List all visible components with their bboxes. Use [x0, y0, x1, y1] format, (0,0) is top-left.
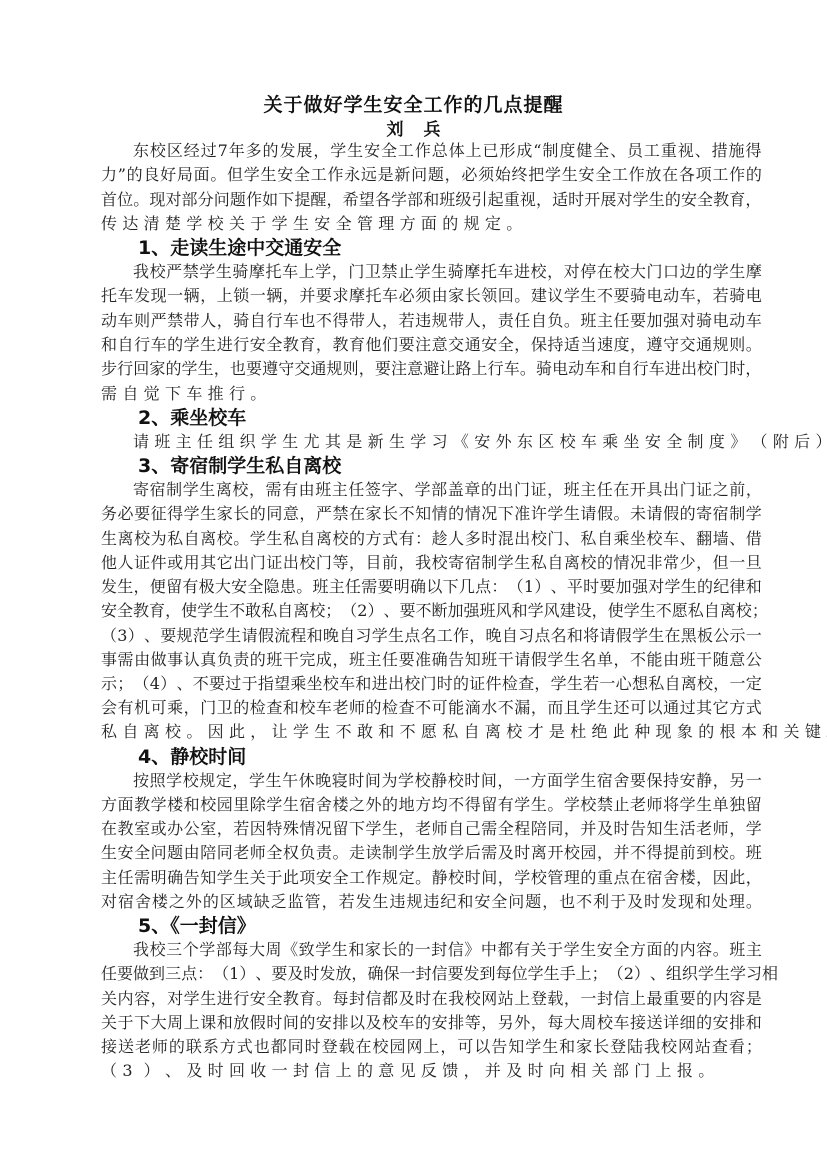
section-1-line: 动车则严禁带人，骑自行车也不得带人，若违规带人，责任自负。班主任要加强对骑电动车	[101, 309, 762, 333]
section-4-line: 方面教学楼和校园里除学生宿舍楼之外的地方均不得留有学生。学校禁止老师将学生单独留	[101, 793, 762, 817]
section-3-line: 安全教育，使学生不敢私自离校；（2）、要不断加强班风和学风建设，使学生不愿私自离…	[101, 599, 762, 623]
section-3-line: 私自离校。因此，让学生不敢和不愿私自离校才是杜绝此种现象的根本和关键。	[101, 720, 762, 744]
section-3-line: 寄宿制学生离校，需有由班主任签字、学部盖章的出门证，班主任在开具出门证之前，	[133, 478, 762, 502]
section-heading-5: 5、《一封信》	[138, 913, 256, 939]
section-4-line: 主任需明确告知学生关于此项安全工作规定。静校时间，学校管理的重点在宿舍楼，因此，	[101, 866, 762, 890]
section-3-line: 会有机可乘，门卫的检查和校车老师的检查不可能滴水不漏，而且学生还可以通过其它方式	[101, 696, 762, 720]
section-heading-3: 3、寄宿制学生私自离校	[138, 453, 341, 479]
section-4-line: 生安全问题由陪同老师全权负责。走读制学生放学后需及时离开校园，并不得提前到校。班	[101, 841, 762, 865]
intro-line: 首位。现对部分问题作如下提醒，希望各学部和班级引起重视，适时开展对学生的安全教育…	[101, 188, 762, 212]
section-5-line: （3）、及时回收一封信上的意见反馈，并及时向相关部门上报。	[101, 1059, 762, 1083]
intro-line: 力”的良好局面。但学生安全工作永远是新问题，必须始终把学生安全工作放在各项工作的	[101, 163, 762, 187]
section-3-line: 事需由做事认真负责的班干完成，班主任要准确告知班干请假学生名单，不能由班干随意公	[101, 648, 762, 672]
section-5-line: 任要做到三点：（1）、要及时发放，确保一封信要发到每位学生手上；（2）、组织学生…	[101, 962, 762, 986]
section-4-line: 按照学校规定，学生午休晚寝时间为学校静校时间，一方面学生宿舍要保持安静，另一	[133, 769, 762, 793]
section-1-line: 我校严禁学生骑摩托车上学，门卫禁止学生骑摩托车进校，对停在校大门口边的学生摩	[133, 260, 762, 284]
section-3-line: 生离校为私自离校。学生私自离校的方式有：趁人多时混出校门、私自乘坐校车、翻墙、借	[101, 527, 762, 551]
section-heading-4: 4、静校时间	[138, 744, 246, 770]
section-5-line: 关内容，对学生进行安全教育。每封信都及时在我校网站上登载，一封信上最重要的内容是	[101, 987, 762, 1011]
author-given-name: 兵	[424, 115, 441, 140]
section-1-line: 需自觉下车推行。	[101, 382, 762, 406]
section-5-line: 接送老师的联系方式也都同时登载在校园网上，可以告知学生和家长登陆我校网站查看；	[101, 1035, 762, 1059]
author-surname: 刘	[387, 115, 404, 140]
section-4-line: 在教室或办公室，若因特殊情况留下学生，老师自己需全程陪同，并及时告知生活老师，学	[101, 817, 762, 841]
section-3-line: 发生，便留有极大安全隐患。班主任需要明确以下几点：（1）、平时要加强对学生的纪律…	[101, 575, 762, 599]
section-4-line: 对宿舍楼之外的区域缺乏监管，若发生违规违纪和安全问题，也不利于及时发现和处理。	[101, 890, 762, 914]
document-author: 刘兵	[0, 115, 827, 140]
intro-line: 传达清楚学校关于学生安全管理方面的规定。	[101, 212, 762, 236]
section-1-line: 和自行车的学生进行安全教育，教育他们要注意交通安全，保持适当速度，遵守交通规则。	[101, 333, 762, 357]
section-2-line: 请班主任组织学生尤其是新生学习《安外东区校车乘坐安全制度》（附后）。	[133, 430, 762, 454]
section-1-line: 步行回家的学生，也要遵守交通规则，要注意避让路上行车。骑电动车和自行车进出校门时…	[101, 357, 762, 381]
section-3-line: 务必要征得学生家长的同意，严禁在家长不知情的情况下准许学生请假。未请假的寄宿制学	[101, 502, 762, 526]
section-heading-1: 1、走读生途中交通安全	[138, 235, 341, 261]
section-3-line: 示；（4）、不要过于指望乘坐校车和进出校门时的证件检查，学生若一心想私自离校，一…	[101, 672, 762, 696]
section-heading-2: 2、乘坐校车	[138, 405, 246, 431]
section-3-line: 他人证件或用其它出门证出校门等，目前，我校寄宿制学生私自离校的情况非常少，但一旦	[101, 551, 762, 575]
section-5-line: 我校三个学部每大周《致学生和家长的一封信》中都有关于学生安全方面的内容。班主	[133, 938, 762, 962]
section-1-line: 托车发现一辆，上锁一辆，并要求摩托车必须由家长领回。建议学生不要骑电动车，若骑电	[101, 284, 762, 308]
document-page: 关于做好学生安全工作的几点提醒 刘兵 东校区经过7年多的发展，学生安全工作总体上…	[0, 0, 827, 1170]
section-5-line: 关于下大周上课和放假时间的安排以及校车的安排等，另外，每大周校车接送详细的安排和	[101, 1011, 762, 1035]
section-3-line: （3）、要规范学生请假流程和晚自习学生点名工作，晚自习点名和将请假学生在黑板公示…	[101, 624, 762, 648]
intro-line: 东校区经过7年多的发展，学生安全工作总体上已形成“制度健全、员工重视、措施得	[133, 139, 762, 163]
document-title: 关于做好学生安全工作的几点提醒	[0, 90, 827, 117]
